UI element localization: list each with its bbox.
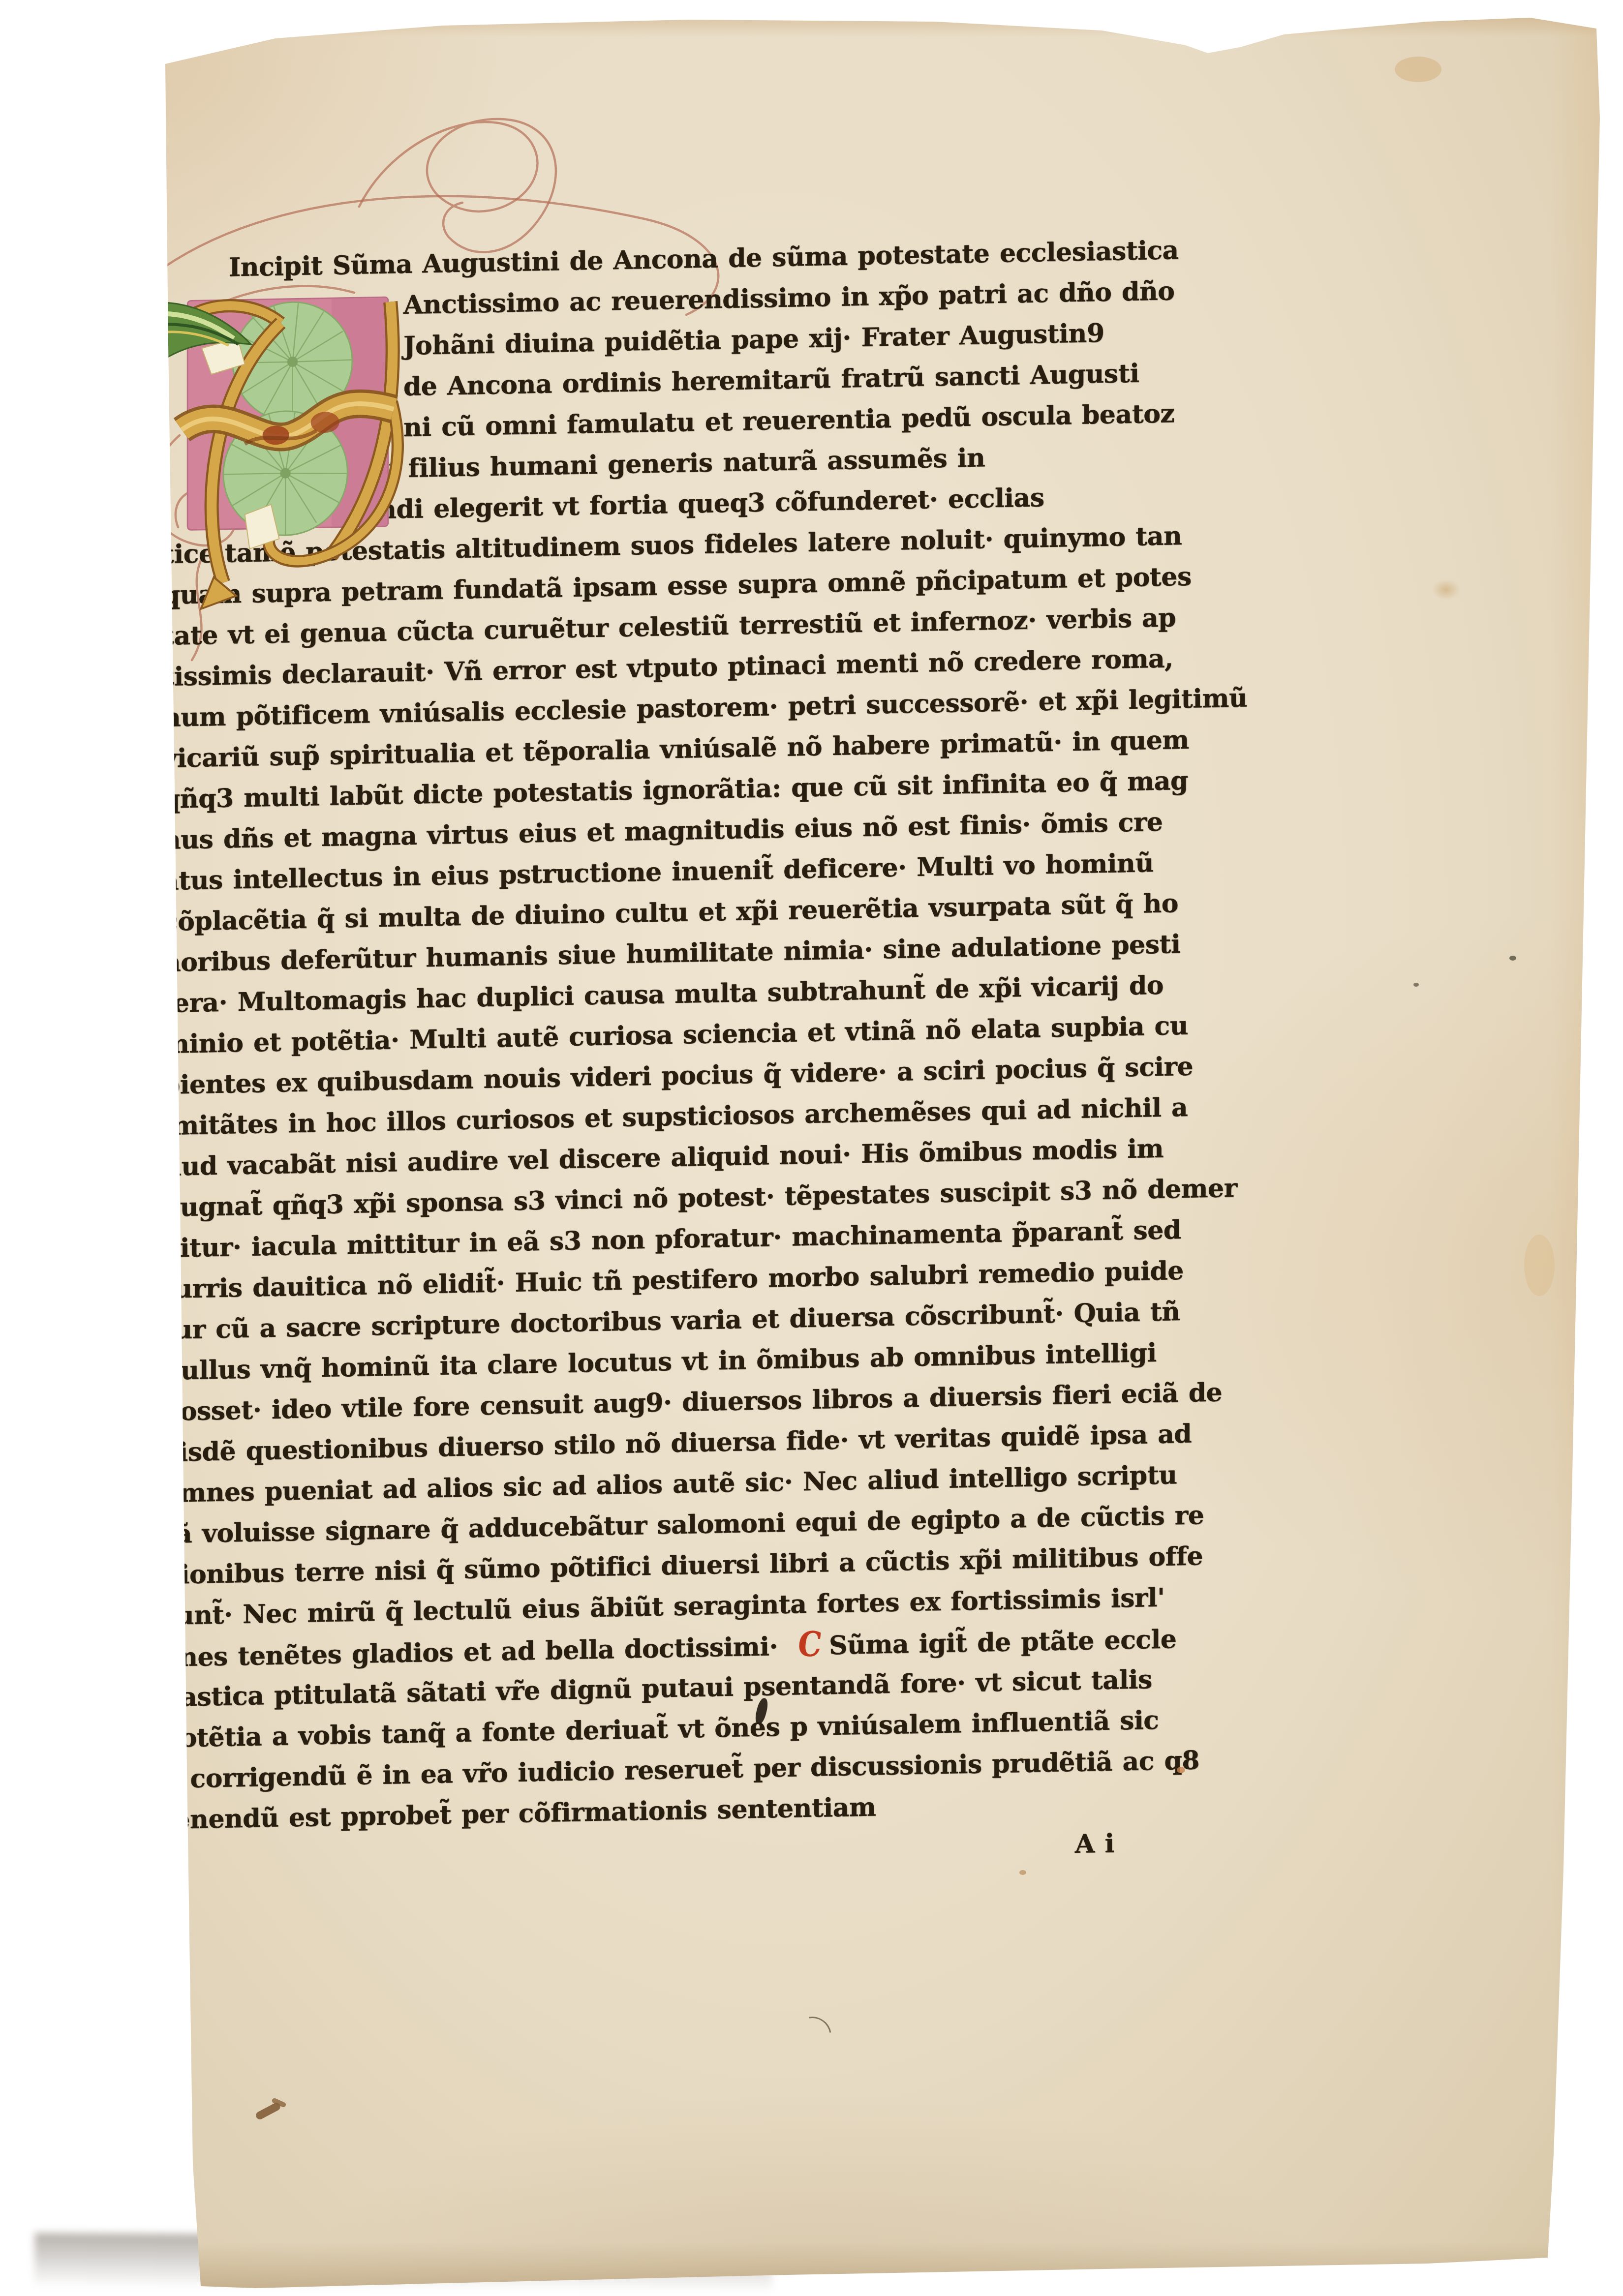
text-block: Incipit Sũma Augustini de Ancona de sũma… (162, 229, 1245, 1881)
text-segment: Sũma igit̃ de ptãte eccle (829, 1624, 1176, 1661)
flourish-loop (359, 119, 556, 252)
foxing-spot (1019, 1870, 1026, 1875)
rubric-paragraph-mark: C (796, 1621, 824, 1669)
foxing-spot (1177, 1767, 1185, 1773)
ink-speck (1509, 956, 1516, 961)
text-segment: õnes tenẽtes gladios et ad bella doctiss… (162, 1631, 788, 1673)
fiber-hair (786, 2009, 839, 2063)
edge-damage-chip (1181, 24, 1259, 45)
foxing-spot (1524, 1235, 1555, 1296)
foxing-spot (1395, 57, 1441, 82)
book-leaf: Incipit Sũma Augustini de Ancona de sũma… (0, 0, 1623, 2296)
foxing-spot (1432, 579, 1460, 600)
ink-speck (1413, 983, 1419, 987)
